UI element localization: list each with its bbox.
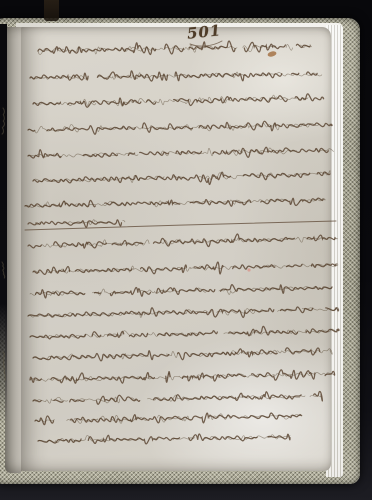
manuscript-page [20,27,331,471]
spine-shadow [0,24,7,424]
book-gutter [5,27,21,473]
ribbon-stub [44,0,59,21]
manuscript-photo: 501 [0,0,372,500]
page-number: 501 [186,21,222,42]
